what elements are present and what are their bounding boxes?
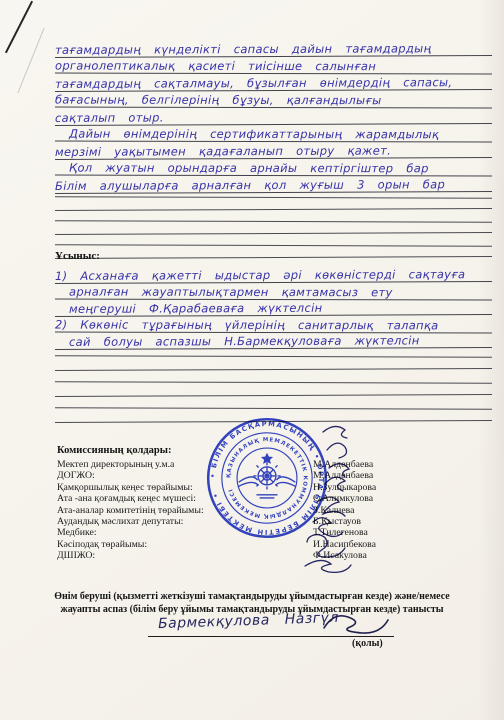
handwriting-block-2: 1) Асханаға қажетті ыдыстар әрі көкөніст…: [55, 266, 492, 349]
empty-ruled-section-1: [55, 186, 492, 258]
handwritten-line: тағамдардың күнделікті сапасы дайын таға…: [55, 39, 492, 58]
commission-heading: Комиссияның қолдары:: [57, 445, 171, 456]
handwriting-text: бағасының, белгілерінің бұзуы, қалғандыл…: [55, 93, 382, 108]
handwritten-line: Қол жуатын орындарға арнайы кептіргіштер…: [55, 159, 492, 177]
handwritten-line: меңгеруші Ф.Қарабаеваға жүктелсін: [55, 298, 492, 316]
scan-corner-artifact: [5, 1, 33, 54]
handwritten-line: Дайын өнімдерінің сертификаттарының жара…: [55, 125, 492, 143]
handwriting-text: сақталып отыр.: [55, 110, 164, 124]
handwriting-text: мерзімі уақытымен қадағаланып отыру қаже…: [55, 143, 391, 158]
commission-role: ДШІЖО:: [57, 550, 307, 561]
proposal-heading: Ұсыныс:: [55, 250, 100, 262]
signature-flourish: [318, 608, 394, 636]
handwritten-line: бағасының, белгілерінің бұзуы, қалғандыл…: [55, 91, 492, 109]
signature-marks: [283, 420, 373, 585]
signature-caption: (қолы): [352, 638, 383, 649]
handwriting-text: арналған жауаптылықтармен қамтамасыз ету: [55, 284, 393, 299]
scanned-document-page: тағамдардың күнделікті сапасы дайын таға…: [0, 0, 504, 720]
handwriting-text: 1) Асханаға қажетті ыдыстар әрі көкөніст…: [55, 267, 465, 283]
handwriting-text: 2) Көкөніс тұрағының үйлерінің санитарлы…: [55, 317, 439, 332]
handwritten-line: арналған жауаптылықтармен қамтамасыз ету: [55, 282, 492, 299]
scan-corner-artifact-faint: [17, 28, 44, 93]
handwriting-text: меңгеруші Ф.Қарабаеваға жүктелсін: [55, 301, 322, 316]
handwritten-line: 2) Көкөніс тұрағының үйлерінің санитарлы…: [55, 315, 492, 332]
handwriting-text: Қол жуатын орындарға арнайы кептіргіштер…: [69, 161, 429, 176]
handwritten-line: мерзімі уақытымен қадағаланып отыру қаже…: [55, 141, 492, 160]
handwriting-block-1: тағамдардың күнделікті сапасы дайын таға…: [55, 40, 492, 193]
handwriting-text: тағамдардың сақталмауы, бұзылған өнімдер…: [55, 75, 452, 91]
handwritten-line: 1) Асханаға қажетті ыдыстар әрі көкөніст…: [55, 265, 492, 283]
ruled-line: [55, 245, 492, 259]
handwritten-line: сақталып отыр.: [55, 107, 492, 126]
handwritten-line: тағамдардың сақталмауы, бұзылған өнімдер…: [55, 73, 492, 92]
handwriting-text: Дайын өнімдерінің сертификаттарының жара…: [69, 127, 439, 142]
handwritten-line: органолептикалық қасиеті тиісінше салынғ…: [55, 57, 492, 75]
empty-ruled-section-2: [55, 344, 492, 422]
handwriting-text: тағамдардың күнделікті сапасы дайын таға…: [55, 41, 431, 57]
handwriting-text: органолептикалық қасиеті тиісінше салынғ…: [55, 59, 376, 74]
